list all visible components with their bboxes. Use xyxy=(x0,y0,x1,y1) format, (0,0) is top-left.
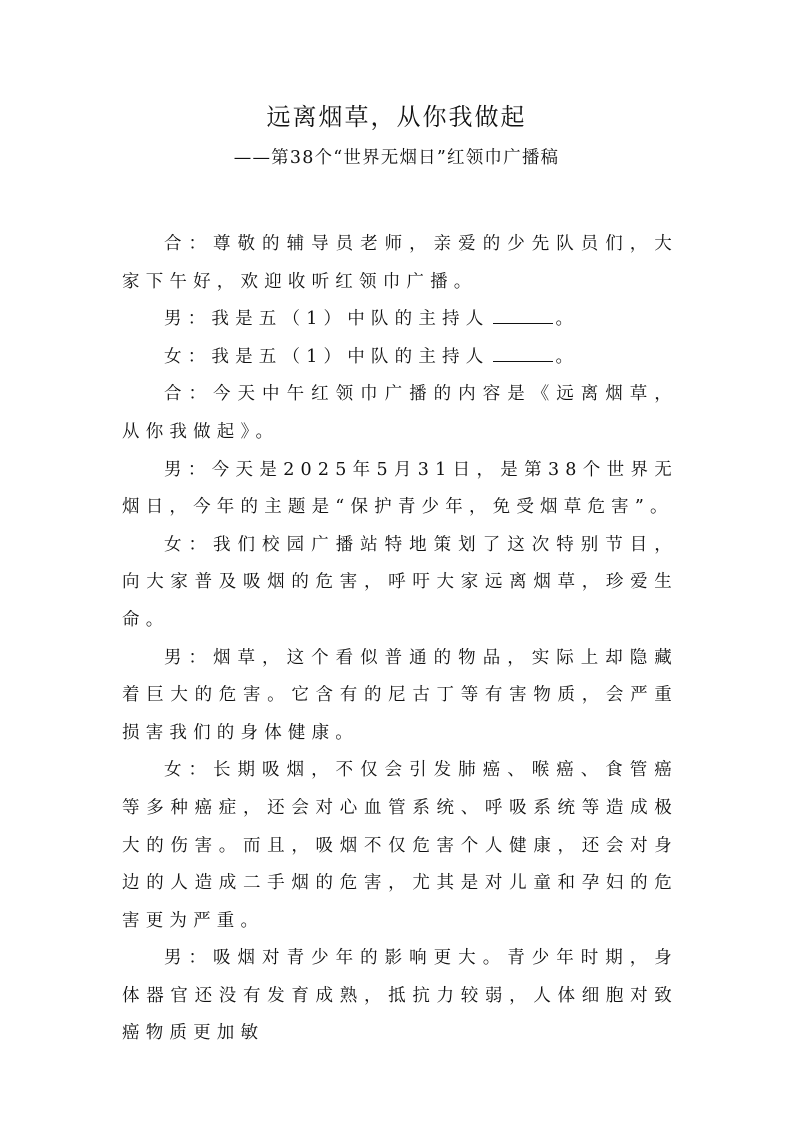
paragraph-text: 女：我是五（1）中队的主持人 xyxy=(164,347,489,367)
paragraph-text: 合：今天中午红领巾广播的内容是《远离烟草，从你我做起》。 xyxy=(122,384,678,442)
paragraph-youth-impact: 男：吸烟对青少年的影响更大。青少年时期，身体器官还没有发育成熟，抵抗力较弱，人体… xyxy=(122,940,678,1053)
paragraph-program-topic: 合：今天中午红领巾广播的内容是《远离烟草，从你我做起》。 xyxy=(122,376,678,451)
paragraph-text: 男：吸烟对青少年的影响更大。青少年时期，身体器官还没有发育成熟，抵抗力较弱，人体… xyxy=(122,948,678,1043)
paragraph-program-purpose: 女：我们校园广播站特地策划了这次特别节目，向大家普及吸烟的危害，呼吁大家远离烟草… xyxy=(122,527,678,640)
paragraph-text: 女：我们校园广播站特地策划了这次特别节目，向大家普及吸烟的危害，呼吁大家远离烟草… xyxy=(122,535,678,630)
paragraph-text: 男：我是五（1）中队的主持人 xyxy=(164,309,489,329)
document-title: 远离烟草，从你我做起 xyxy=(0,100,793,134)
paragraph-text: 男：烟草，这个看似普通的物品，实际上却隐藏着巨大的危害。它含有的尼古丁等有害物质… xyxy=(122,648,678,743)
paragraph-male-host-intro: 男：我是五（1）中队的主持人。 xyxy=(122,301,678,339)
name-blank-line xyxy=(493,343,553,362)
name-blank-line xyxy=(493,305,553,324)
paragraph-text: 合：尊敬的辅导员老师，亲爱的少先队员们，大家下午好，欢迎收听红领巾广播。 xyxy=(122,234,678,292)
paragraph-smoking-diseases: 女：长期吸烟，不仅会引发肺癌、喉癌、食管癌等多种癌症，还会对心血管系统、呼吸系统… xyxy=(122,752,678,940)
paragraph-suffix: 。 xyxy=(555,309,579,329)
document-page: 远离烟草，从你我做起 ——第38个“世界无烟日”红领巾广播稿 合：尊敬的辅导员老… xyxy=(0,0,793,1122)
paragraph-suffix: 。 xyxy=(555,347,579,367)
paragraph-greeting: 合：尊敬的辅导员老师，亲爱的少先队员们，大家下午好，欢迎收听红领巾广播。 xyxy=(122,226,678,301)
paragraph-date-theme: 男：今天是2025年5月31日，是第38个世界无烟日，今年的主题是“保护青少年，… xyxy=(122,452,678,527)
document-subtitle: ——第38个“世界无烟日”红领巾广播稿 xyxy=(0,143,793,173)
document-body: 合：尊敬的辅导员老师，亲爱的少先队员们，大家下午好，欢迎收听红领巾广播。 男：我… xyxy=(122,226,678,1053)
paragraph-female-host-intro: 女：我是五（1）中队的主持人。 xyxy=(122,339,678,377)
paragraph-text: 女：长期吸烟，不仅会引发肺癌、喉癌、食管癌等多种癌症，还会对心血管系统、呼吸系统… xyxy=(122,760,678,930)
paragraph-text: 男：今天是2025年5月31日，是第38个世界无烟日，今年的主题是“保护青少年，… xyxy=(122,460,678,518)
paragraph-tobacco-harm: 男：烟草，这个看似普通的物品，实际上却隐藏着巨大的危害。它含有的尼古丁等有害物质… xyxy=(122,640,678,753)
